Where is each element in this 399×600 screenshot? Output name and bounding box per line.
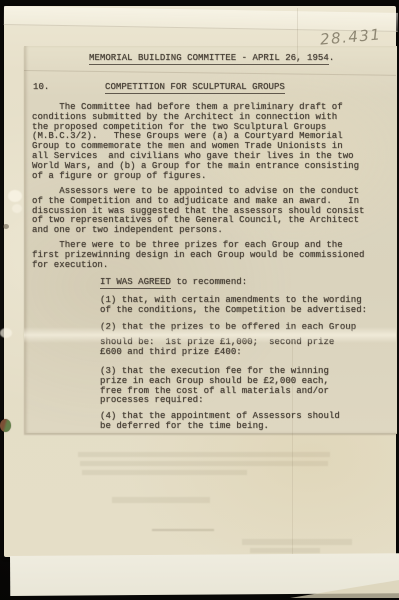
green-sticker-dot (0, 419, 11, 432)
ink-speck (3, 224, 9, 229)
committee-header-period: . (329, 53, 334, 63)
bleed-through-text (82, 470, 247, 475)
committee-header-text: MEMORIAL BUILDING COMMITTEE - APRIL 26, … (89, 53, 329, 65)
section-heading-text: COMPETITION FOR SCULPTURAL GROUPS (105, 82, 285, 94)
paper-spot (0, 328, 12, 338)
recommendation-1: (1) that, with certain amendments to the… (100, 296, 367, 316)
recommendation-3: (3) that the execution fee for the winni… (100, 367, 329, 406)
recommendation-4: (4) that the appointment of Assessors sh… (100, 412, 340, 432)
fold-highlight-band (24, 327, 396, 343)
committee-header: MEMORIAL BUILDING COMMITTEE - APRIL 26, … (89, 54, 334, 64)
document-photo: MEMORIAL BUILDING COMMITTEE - APRIL 26, … (0, 0, 399, 600)
agreed-label: IT WAS AGREED (100, 277, 171, 289)
paragraph-2: Assessors were to be appointed to advise… (32, 187, 365, 236)
agenda-item-number: 10. (33, 83, 49, 93)
agreed-statement: IT WAS AGREED to recommend: (100, 278, 247, 288)
paper-spot (12, 204, 22, 213)
bleed-through-text (242, 539, 352, 545)
section-heading: COMPETITION FOR SCULPTURAL GROUPS (105, 83, 285, 93)
bleed-through-text (80, 461, 328, 466)
bleed-through-rule (152, 529, 214, 531)
bleed-through-text (250, 548, 320, 553)
bleed-through-text (78, 452, 330, 457)
paper-spot (8, 190, 22, 202)
paragraph-3: There were to be three prizes for each G… (32, 241, 365, 270)
bleed-through-text (112, 497, 210, 503)
paper-sheet-bottom-edge (10, 553, 399, 596)
paragraph-1: The Committee had before them a prelimin… (32, 103, 359, 181)
agreed-rest: to recommend: (171, 277, 247, 287)
